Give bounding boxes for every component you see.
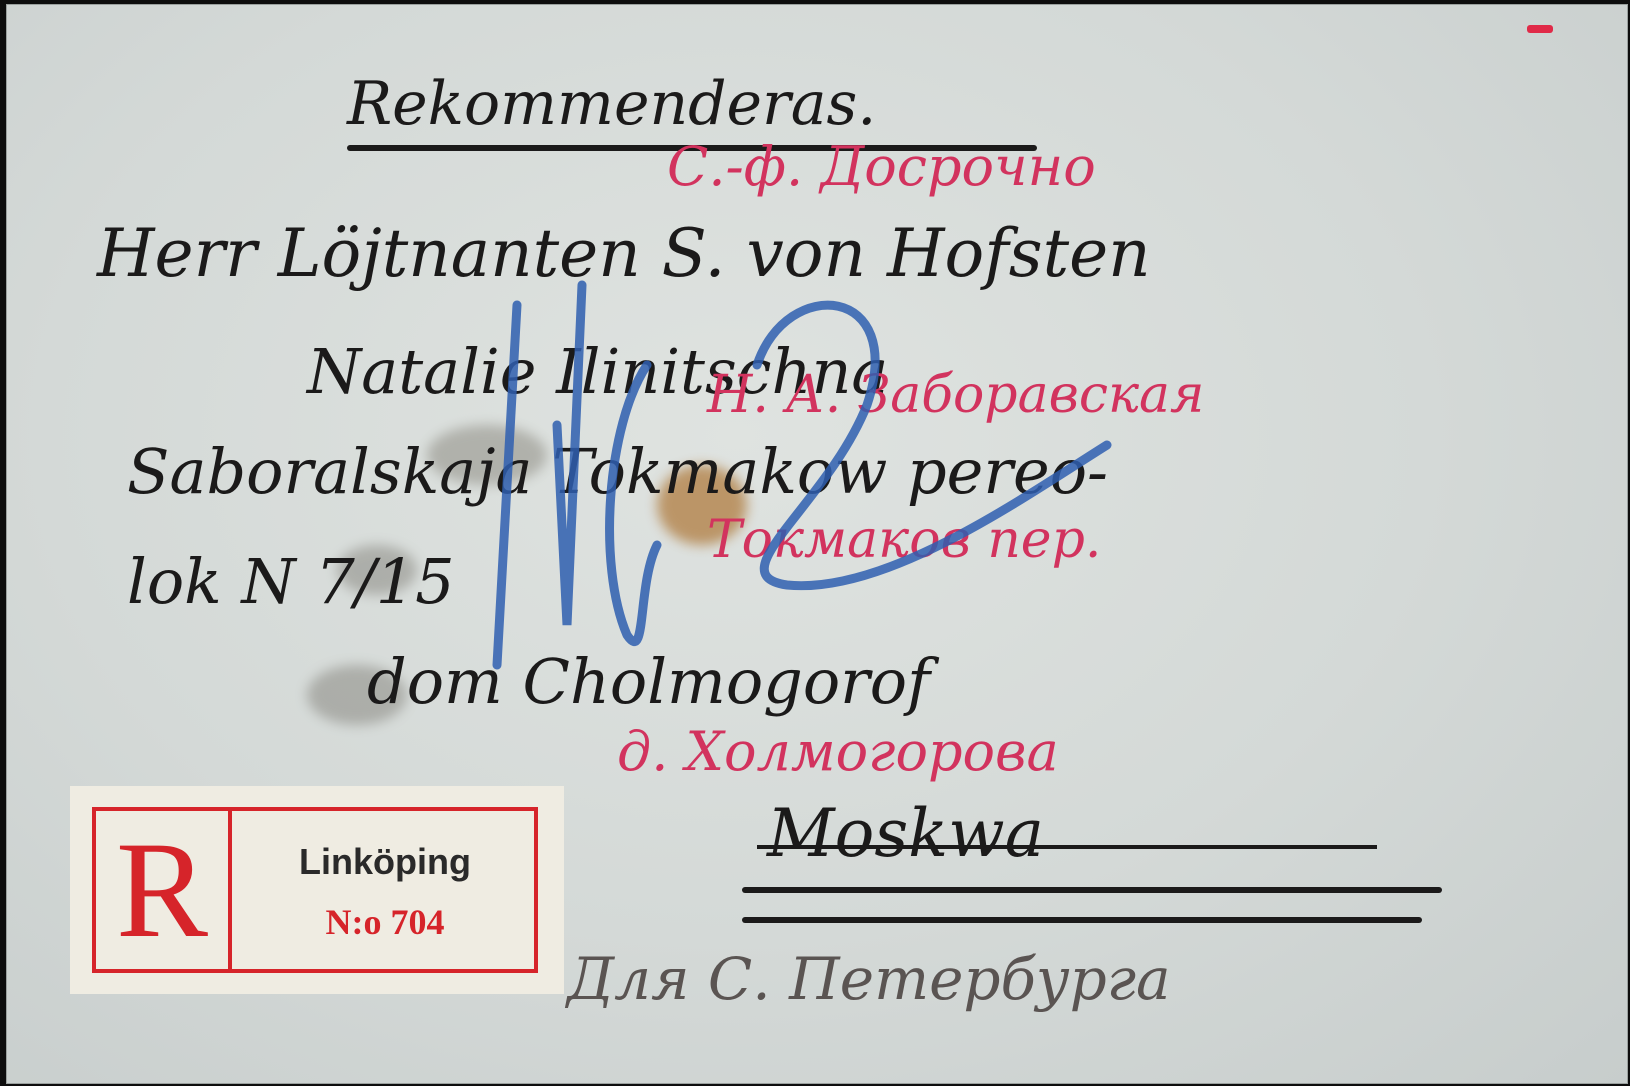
bottom-note: Для С. Петербурга — [567, 945, 1171, 1013]
russian-annotation: С.-ф. Досрочно — [667, 135, 1096, 198]
registration-number: N:o 704 — [232, 901, 538, 943]
address-line: lok N 7/15 — [127, 545, 455, 618]
red-mark — [1527, 25, 1553, 33]
strike-line — [757, 845, 1377, 849]
underline — [742, 917, 1422, 923]
registration-label: R Linköping N:o 704 — [70, 786, 564, 994]
registration-letter: R — [96, 811, 232, 969]
header-text: Rekommenderas. — [347, 69, 876, 139]
registration-city: Linköping — [232, 841, 538, 883]
address-line-struck: Moskwa — [767, 795, 1044, 872]
underline — [742, 887, 1442, 893]
label-frame: R Linköping N:o 704 — [92, 807, 538, 973]
russian-annotation: д. Холмогорова — [617, 720, 1059, 783]
blue-crayon-mark — [487, 245, 1127, 685]
